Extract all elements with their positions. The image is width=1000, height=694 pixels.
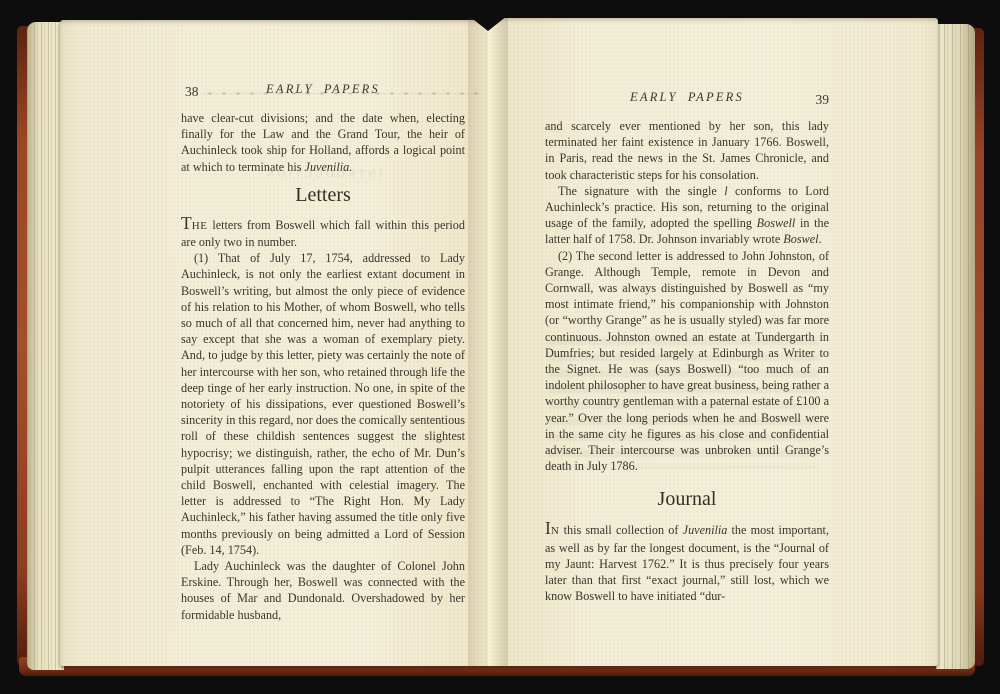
right-text-block: EARLY PAPERS 39 and scarcely ever mentio… [545, 90, 829, 604]
page-left-38: INTRODUCTION 38 EARLY PAPERS have clear-… [60, 20, 488, 666]
page-edges-left-stack [27, 22, 64, 670]
page-edges-right-stack [936, 24, 975, 669]
paragraph-text: . [819, 232, 822, 246]
paragraph-text: this small collection of [559, 523, 682, 537]
paragraph-continuation: and scarcely ever mentioned by her son, … [545, 118, 829, 183]
paragraph-first-letter: (1) That of July 17, 1754, addressed to … [181, 250, 465, 558]
page-right-39: EARLY PAPERS 39 and scarcely ever mentio… [488, 18, 938, 666]
left-page-header: 38 EARLY PAPERS [181, 82, 465, 102]
italic-juvenilia: Juvenilia [683, 523, 728, 537]
paragraph-signature: The signature with the single l conforms… [545, 183, 829, 248]
paragraph-continuation: have clear-cut divisions; and the date w… [181, 110, 465, 175]
italic-boswell: Boswell [757, 216, 796, 230]
paragraph-lead-journal: IN this small collection of Juvenilia th… [545, 520, 829, 604]
page-number-39: 39 [816, 92, 830, 108]
gutter-top-notch [469, 16, 507, 31]
right-page-header: EARLY PAPERS 39 [545, 90, 829, 110]
open-book: INTRODUCTION 38 EARLY PAPERS have clear-… [14, 16, 988, 682]
drop-initial-T: T [181, 213, 192, 233]
paragraph-second-letter: (2) The second letter is addressed to Jo… [545, 248, 829, 475]
paragraph-text: The signature with the single [558, 184, 724, 198]
italic-boswel: Boswel [783, 232, 818, 246]
running-header-left: EARLY PAPERS [181, 82, 465, 97]
page-number-38: 38 [185, 84, 199, 100]
section-heading-journal: Journal [545, 488, 829, 511]
left-text-block: INTRODUCTION 38 EARLY PAPERS have clear-… [181, 82, 465, 623]
book-photo-background: INTRODUCTION 38 EARLY PAPERS have clear-… [0, 0, 1000, 694]
paragraph-lady-auchinleck: Lady Auchinleck was the daughter of Colo… [181, 558, 465, 623]
show-through-text: INTRODUCTION [181, 168, 465, 180]
paragraph-lead-letters: THE letters from Boswell which fall with… [181, 215, 465, 250]
lead-caps-HE: HE [192, 220, 208, 232]
section-heading-letters: Letters [181, 184, 465, 207]
paragraph-text: letters from Boswell which fall within t… [181, 218, 465, 249]
running-header-right: EARLY PAPERS [545, 90, 829, 105]
